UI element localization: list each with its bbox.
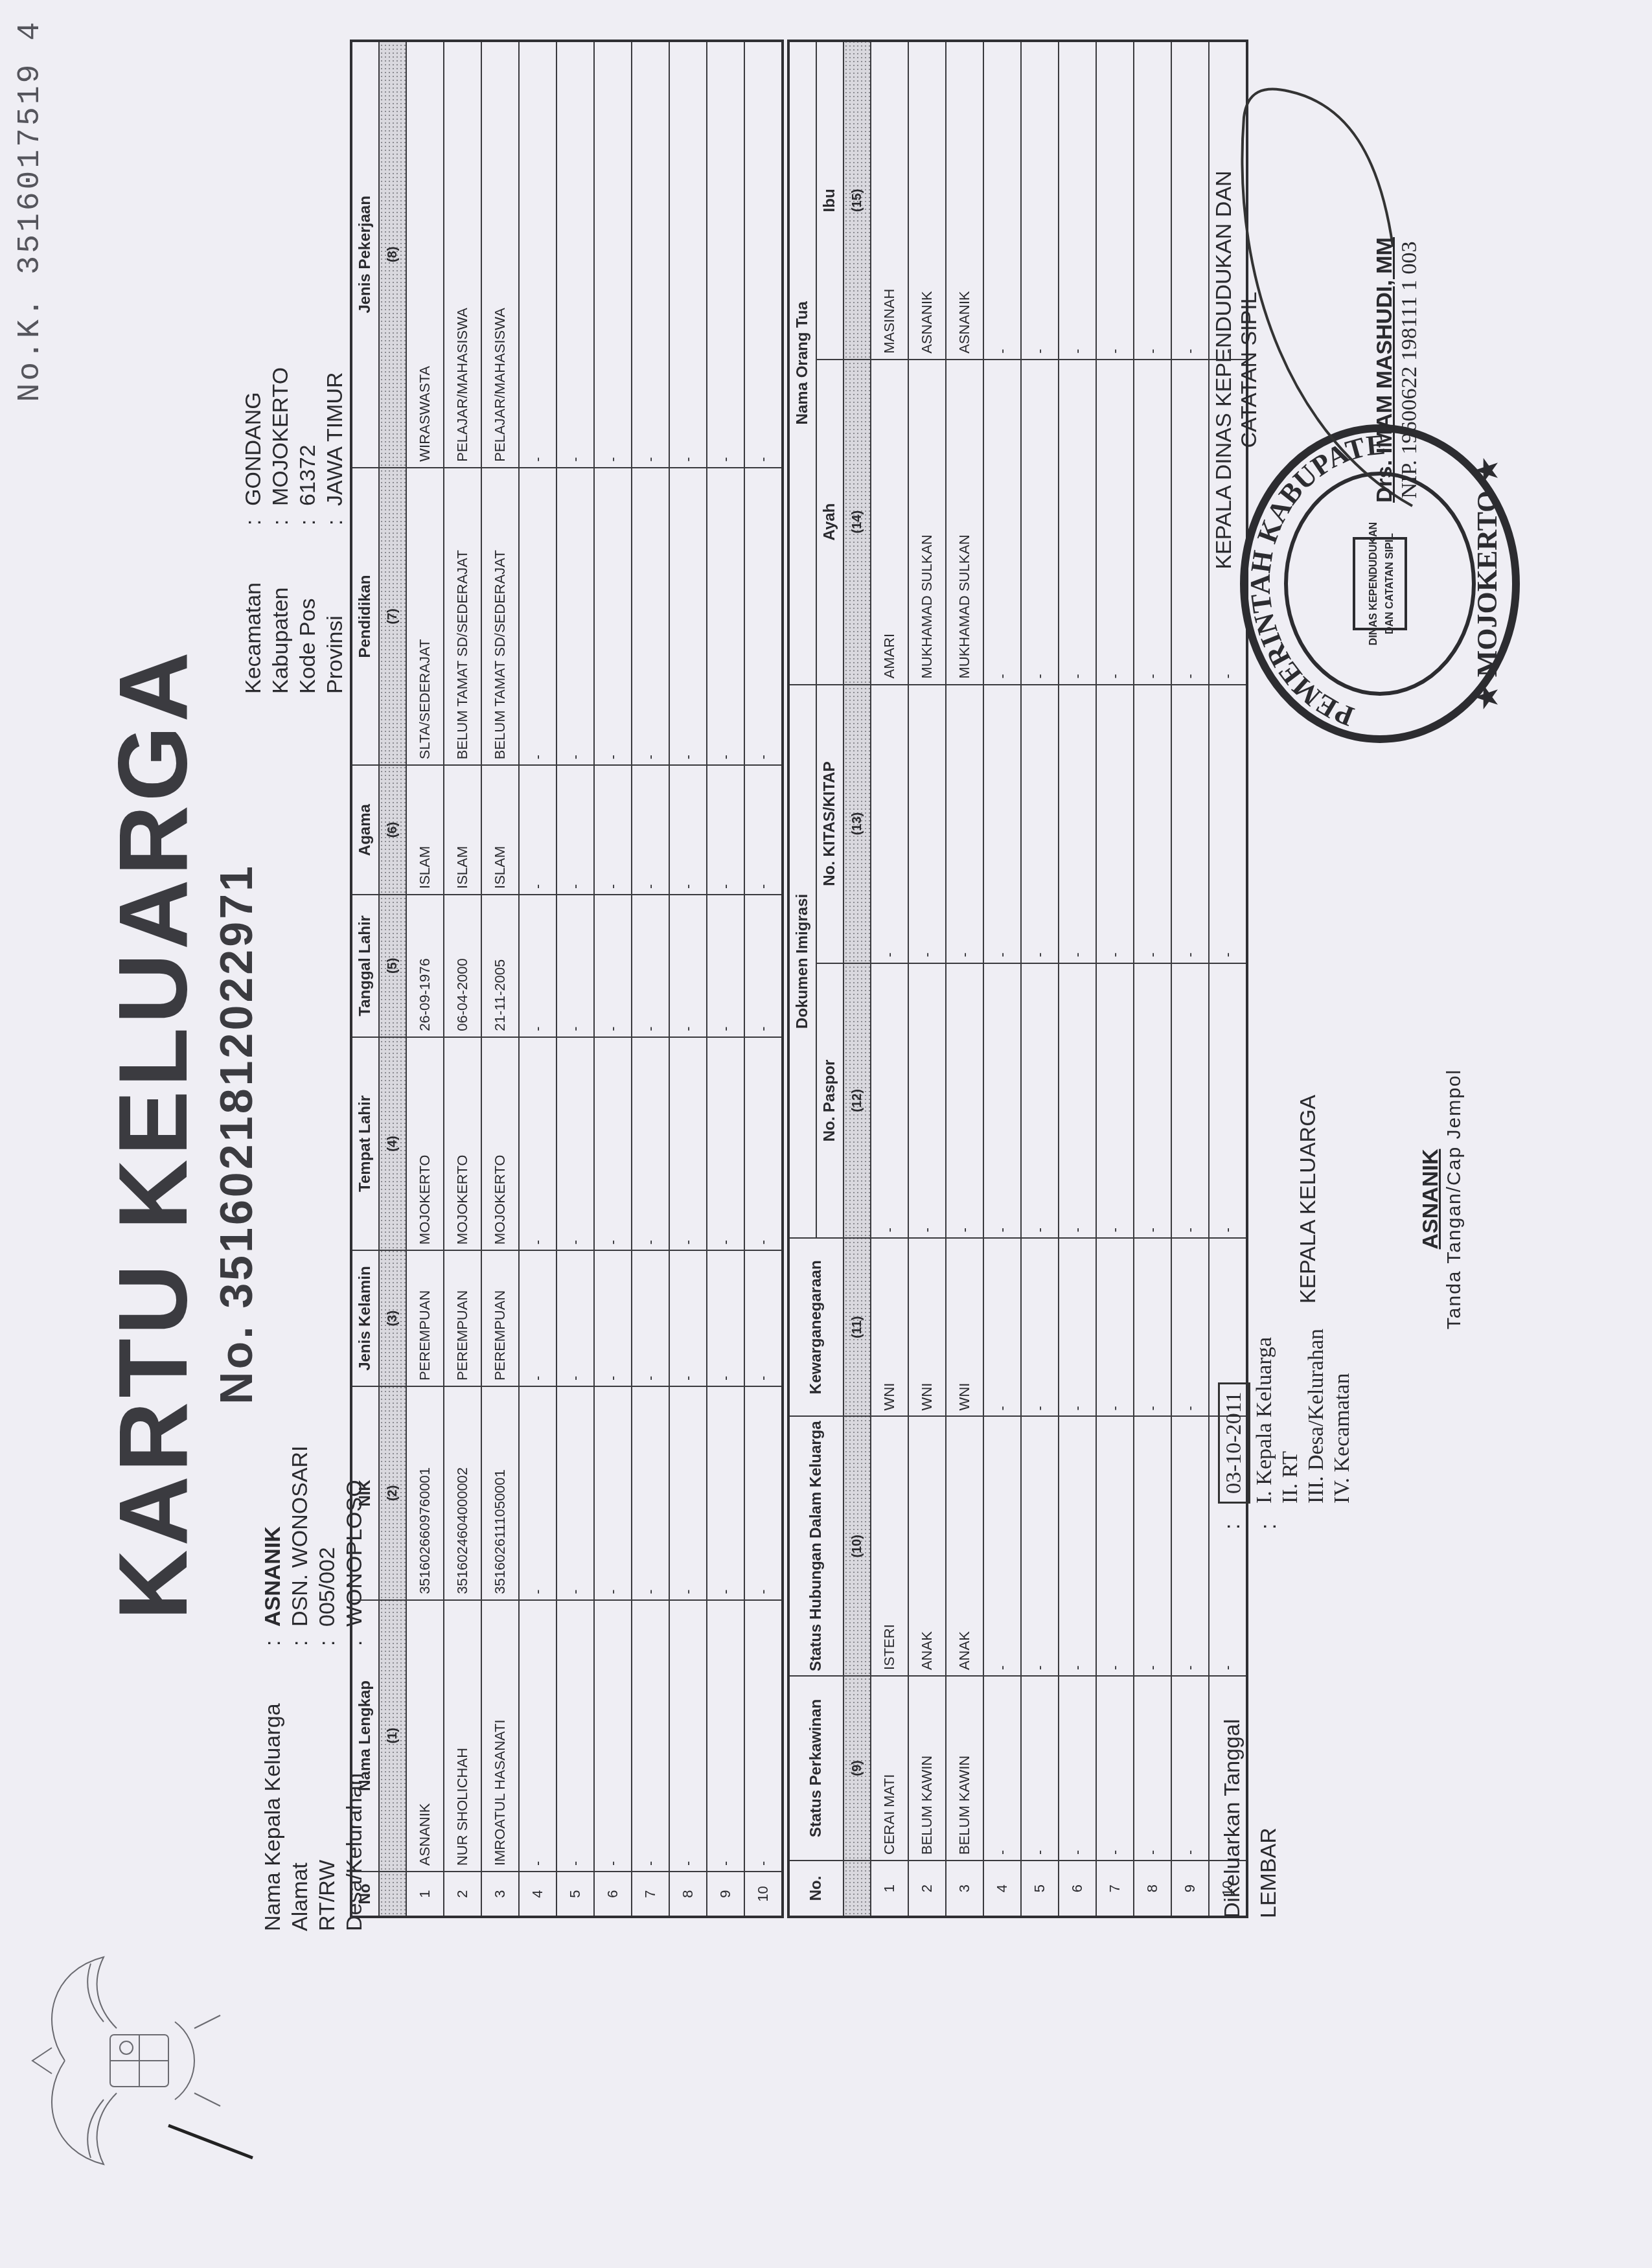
table-cell: - [669,1250,707,1386]
col-header-kitas: No. KITAS/KITAP [816,685,843,963]
table-cell: MUKHAMAD SULKAN [908,360,946,685]
table-cell: - [983,685,1021,963]
table-row: 4-------- [519,41,556,1917]
table-cell: 2 [908,1861,946,1917]
col-header-status-hubungan: Status Hubungan Dalam Keluarga [788,1416,843,1676]
family-card-document: No.K. 3516017519 4 KARTU KELUARGA No. 35… [0,0,1652,2268]
col-group-dokumen-imigrasi: Dokumen Imigrasi [788,685,816,1239]
kk-number: No. 3516021812022971 [211,0,262,2268]
table-cell: 8 [1134,1861,1171,1917]
table-cell: - [556,41,594,468]
table-cell: PEREMPUAN [481,1250,519,1386]
table-cell: - [1021,41,1059,360]
table-cell: - [744,1037,783,1250]
table-cell: - [707,1037,744,1250]
table-cell: WIRASWASTA [406,41,444,468]
table-cell: - [632,1386,669,1600]
table-cell: 3516024604000002 [444,1386,481,1600]
issued-date: 03-10-2011 [1218,1382,1250,1504]
table-row: 10-------- [744,41,783,1917]
table-cell: - [744,895,783,1037]
table-cell: MOJOKERTO [481,1037,519,1250]
table-cell: - [871,963,908,1239]
table-cell: - [744,765,783,895]
table-cell: AMARI [871,360,908,685]
table-cell: - [632,41,669,468]
col-header-4: Tempat Lahir [351,1037,379,1250]
head-of-family-value: ASNANIK [259,1526,286,1627]
table-cell: - [632,1250,669,1386]
table-row: 7-------- [632,41,669,1917]
table-cell: - [1021,1238,1059,1416]
table-cell: 3516026111050001 [481,1386,519,1600]
table-cell: BELUM TAMAT SD/SEDERAJAT [481,468,519,766]
col-index-0 [843,1861,871,1917]
col-index-5: (13) [843,685,871,963]
table-cell: 06-04-2000 [444,895,481,1037]
table-cell: - [983,1676,1021,1861]
table-cell: ISTERI [871,1416,908,1676]
table-cell: - [1134,1416,1171,1676]
table-cell: 6 [594,1872,632,1917]
address-value: DSN. WONOSARI [286,1445,314,1627]
header-row-rtrw: RT/RW:005/002 [314,1445,341,1931]
table-cell: 9 [707,1872,744,1917]
rtrw-value: 005/002 [314,1547,341,1627]
table-cell: - [983,360,1021,685]
table-cell: - [594,1250,632,1386]
table-cell: MOJOKERTO [444,1037,481,1250]
table-row: 7------- [1096,41,1134,1917]
table-cell: - [1021,1676,1059,1861]
signature-caption: Tanda Tangan/Cap Jempol [1443,972,1465,1426]
table-cell: - [1059,685,1096,963]
table-cell: WNI [946,1238,983,1416]
office-official-name: Drs. IMAM MASHUDI, MM [1372,40,1397,700]
col-header-0: No [351,1872,379,1917]
table-cell: - [744,41,783,468]
table-cell: - [594,41,632,468]
col-index-6: (6) [379,765,406,895]
table-cell: - [908,963,946,1239]
table-cell: 9 [1171,1861,1209,1917]
office-title-line2: CATATAN SIPIL [1237,40,1262,700]
table-cell: - [744,1600,783,1872]
svg-text:★ MOJOKERTO ★: ★ MOJOKERTO ★ [1471,457,1503,709]
col-header-7: Pendidikan [351,468,379,766]
table-cell: - [669,1386,707,1600]
table-cell: - [1096,1238,1134,1416]
col-header-8: Jenis Pekerjaan [351,41,379,468]
table-row: 1CERAI MATIISTERIWNI--AMARIMASINAH [871,41,908,1917]
header-row-provinsi: Provinsi:JAWA TIMUR [321,367,349,694]
table-row: 3BELUM KAWINANAKWNI--MUKHAMAD SULKANASNA… [946,41,983,1917]
table-cell: - [669,468,707,766]
table-cell: - [983,1416,1021,1676]
table-cell: - [1059,41,1096,360]
table-cell: - [669,41,707,468]
postal-code-value: 61372 [294,444,321,506]
table-row: 1ASNANIK3516026609760001PEREMPUANMOJOKER… [406,41,444,1917]
table-cell: ANAK [946,1416,983,1676]
header-row-alamat: Alamat:DSN. WONOSARI [286,1445,314,1931]
table-cell: - [1096,685,1134,963]
district-value: GONDANG [240,392,267,506]
col-header-ayah: Ayah [816,360,843,685]
header-row-kodepos: Kode Pos:61372 [294,367,321,694]
table-row: 6-------- [594,41,632,1917]
table-cell: - [594,1600,632,1872]
table-cell: - [519,1386,556,1600]
table-cell: - [1096,963,1134,1239]
table-cell: IMROATUL HASANATI [481,1600,519,1872]
table-row: 5------- [1021,41,1059,1917]
table-cell: - [669,765,707,895]
col-index-0 [379,1872,406,1917]
table-cell: - [1021,360,1059,685]
table-cell: 7 [632,1872,669,1917]
header-row-kecamatan: Kecamatan:GONDANG [240,367,267,694]
table-cell: - [707,1250,744,1386]
table-cell: WNI [871,1238,908,1416]
table-cell: - [1171,360,1209,685]
table-cell: 6 [1059,1861,1096,1917]
col-header-no2: No. [788,1861,843,1917]
table-cell: ANAK [908,1416,946,1676]
col-index-5: (5) [379,895,406,1037]
header-right-info: Kecamatan:GONDANG Kabupaten:MOJOKERTO Ko… [240,367,349,694]
table-cell: - [1171,1676,1209,1861]
table-cell: - [556,1037,594,1250]
province-value: JAWA TIMUR [321,372,349,506]
table-cell: 5 [1021,1861,1059,1917]
table-cell: - [519,468,556,766]
table-cell: - [669,1037,707,1250]
col-index-7: (15) [843,41,871,360]
table-cell: - [632,1600,669,1872]
table-cell: - [1059,360,1096,685]
table-cell: - [594,895,632,1037]
col-index-4: (12) [843,963,871,1239]
table-cell: - [707,41,744,468]
table-cell: 1 [871,1861,908,1917]
table-row: 9-------- [707,41,744,1917]
table-cell: PEREMPUAN [444,1250,481,1386]
table-cell: - [707,895,744,1037]
table-cell: WNI [908,1238,946,1416]
table-cell: - [519,1037,556,1250]
table-cell: 1 [406,1872,444,1917]
table-cell: - [744,468,783,766]
table-row: 4------- [983,41,1021,1917]
table-cell: - [594,468,632,766]
family-status-table: No. Status Perkawinan Status Hubungan Da… [787,40,1248,1918]
table-row: 2BELUM KAWINANAKWNI--MUKHAMAD SULKANASNA… [908,41,946,1917]
col-index-1: (9) [843,1676,871,1861]
table-cell: BELUM KAWIN [908,1676,946,1861]
col-header-paspor: No. Paspor [816,963,843,1239]
table-cell: BELUM KAWIN [946,1676,983,1861]
regency-value: MOJOKERTO [267,367,294,506]
document-title: KARTU KELUARGA [97,0,209,2268]
col-index-7: (7) [379,468,406,766]
office-title-line1: KEPALA DINAS KEPENDUDUKAN DAN [1211,40,1237,700]
table-cell: - [908,685,946,963]
table-cell: - [556,1600,594,1872]
table-cell: - [983,41,1021,360]
table-cell: - [1134,360,1171,685]
table-row: 5-------- [556,41,594,1917]
table-cell: - [556,895,594,1037]
table-cell: CERAI MATI [871,1676,908,1861]
table-cell: ISLAM [444,765,481,895]
table-cell: - [744,1386,783,1600]
header-row-nama-kepala: Nama Kepala Keluarga:ASNANIK [259,1445,286,1931]
table-cell: ASNANIK [946,41,983,360]
table-cell: 10 [744,1872,783,1917]
table-cell: - [707,1386,744,1600]
office-official-nip: NIP. 19600622 198111 1 003 [1397,40,1422,700]
office-signature: KEPALA DINAS KEPENDUDUKAN DAN CATATAN SI… [1211,40,1422,700]
table-row: 8-------- [669,41,707,1917]
table-cell: - [707,765,744,895]
table-cell: - [1021,1416,1059,1676]
table-cell: PELAJAR/MAHASISWA [481,41,519,468]
table-cell: - [556,468,594,766]
table-cell: 26-09-1976 [406,895,444,1037]
col-header-2: NIK [351,1386,379,1600]
col-header-3: Jenis Kelamin [351,1250,379,1386]
col-index-4: (4) [379,1037,406,1250]
table-cell: - [946,963,983,1239]
table-cell: - [983,963,1021,1239]
table-cell: - [519,765,556,895]
signature-name: ASNANIK [1418,972,1443,1426]
table-cell: - [519,895,556,1037]
table-cell: - [1096,360,1134,685]
table-cell: PEREMPUAN [406,1250,444,1386]
table-cell: - [632,895,669,1037]
col-index-6: (14) [843,360,871,685]
table-row: 2NUR SHOLICHAH3516024604000002PEREMPUANM… [444,41,481,1917]
table-cell: - [1171,41,1209,360]
col-group-nama-orang-tua: Nama Orang Tua [788,41,816,685]
table-cell: - [707,468,744,766]
table-cell: - [1021,685,1059,963]
table-cell: - [632,1037,669,1250]
table-cell: 4 [983,1861,1021,1917]
table-cell: 8 [669,1872,707,1917]
table-cell: PELAJAR/MAHASISWA [444,41,481,468]
col-index-3: (3) [379,1250,406,1386]
table-cell: - [1171,1238,1209,1416]
table-cell: - [1021,963,1059,1239]
table-cell: 4 [519,1872,556,1917]
signature-title: KEPALA KELUARGA [1296,972,1321,1426]
col-index-3: (11) [843,1238,871,1416]
issued-date-label: Dikeluarkan Tanggal [1218,1529,1246,1918]
table-cell: - [556,1250,594,1386]
header-row-kabupaten: Kabupaten:MOJOKERTO [267,367,294,694]
table-cell: - [1134,1238,1171,1416]
table-cell: 7 [1096,1861,1134,1917]
table-cell: - [1059,1416,1096,1676]
table-cell: SLTA/SEDERAJAT [406,468,444,766]
col-index-8: (8) [379,41,406,468]
table-row: 8------- [1134,41,1171,1917]
table-row: 9------- [1171,41,1209,1917]
table-row: 6------- [1059,41,1096,1917]
family-members-table: NoNama LengkapNIKJenis KelaminTempat Lah… [350,40,784,1918]
table-cell: - [594,1386,632,1600]
table-cell: - [669,1600,707,1872]
table-cell: MOJOKERTO [406,1037,444,1250]
table-cell: 3516026609760001 [406,1386,444,1600]
table-cell: - [1134,963,1171,1239]
table-cell: - [594,765,632,895]
table-cell: 5 [556,1872,594,1917]
sheet-item: I. Kepala Keluarga [1252,1329,1278,1504]
serial-number: No.K. 3516017519 4 [13,19,48,402]
table-cell: - [946,685,983,963]
table-cell: - [1171,963,1209,1239]
table-cell: - [519,1600,556,1872]
table-cell: - [1134,685,1171,963]
table-cell: MASINAH [871,41,908,360]
table-row: 3IMROATUL HASANATI3516026111050001PEREMP… [481,41,519,1917]
table-cell: ISLAM [481,765,519,895]
table-cell: - [1096,1676,1134,1861]
table-cell: - [1134,41,1171,360]
col-header-status-perkawinan: Status Perkawinan [788,1676,843,1861]
table-cell: - [1059,1676,1096,1861]
table-cell: - [1059,963,1096,1239]
table-cell: ASNANIK [406,1600,444,1872]
col-header-1: Nama Lengkap [351,1600,379,1872]
table-cell: 21-11-2005 [481,895,519,1037]
sheet-label: LEMBAR [1254,1529,1283,1918]
col-index-1: (1) [379,1600,406,1872]
table-cell: - [1209,963,1247,1239]
table-cell: 3 [481,1872,519,1917]
table-cell: 2 [444,1872,481,1917]
col-header-6: Agama [351,765,379,895]
table-cell: - [519,1250,556,1386]
table-cell: ISLAM [406,765,444,895]
table-cell: BELUM TAMAT SD/SEDERAJAT [444,468,481,766]
table-cell: - [707,1600,744,1872]
table-cell: MUKHAMAD SULKAN [946,360,983,685]
table-cell: - [556,765,594,895]
table-cell: ASNANIK [908,41,946,360]
col-header-kewarganegaraan: Kewarganegaraan [788,1238,843,1416]
table-cell: - [871,685,908,963]
col-header-ibu: Ibu [816,41,843,360]
table-cell: - [519,41,556,468]
table-cell: - [669,895,707,1037]
col-index-2: (2) [379,1386,406,1600]
head-of-family-signature: KEPALA KELUARGA ASNANIK Tanda Tangan/Cap… [1296,972,1465,1426]
table-cell: - [1134,1676,1171,1861]
table-cell: - [594,1037,632,1250]
table-cell: - [1096,1416,1134,1676]
table-cell: NUR SHOLICHAH [444,1600,481,1872]
table-cell: - [983,1238,1021,1416]
table-cell: - [1171,1416,1209,1676]
col-header-5: Tanggal Lahir [351,895,379,1037]
table-cell: - [632,765,669,895]
table-cell: - [1096,41,1134,360]
table-cell: 3 [946,1861,983,1917]
table-cell: - [1059,1238,1096,1416]
table-cell: - [1171,685,1209,963]
table-cell: - [744,1250,783,1386]
table-cell: - [632,468,669,766]
table-cell: - [556,1386,594,1600]
col-index-2: (10) [843,1416,871,1676]
